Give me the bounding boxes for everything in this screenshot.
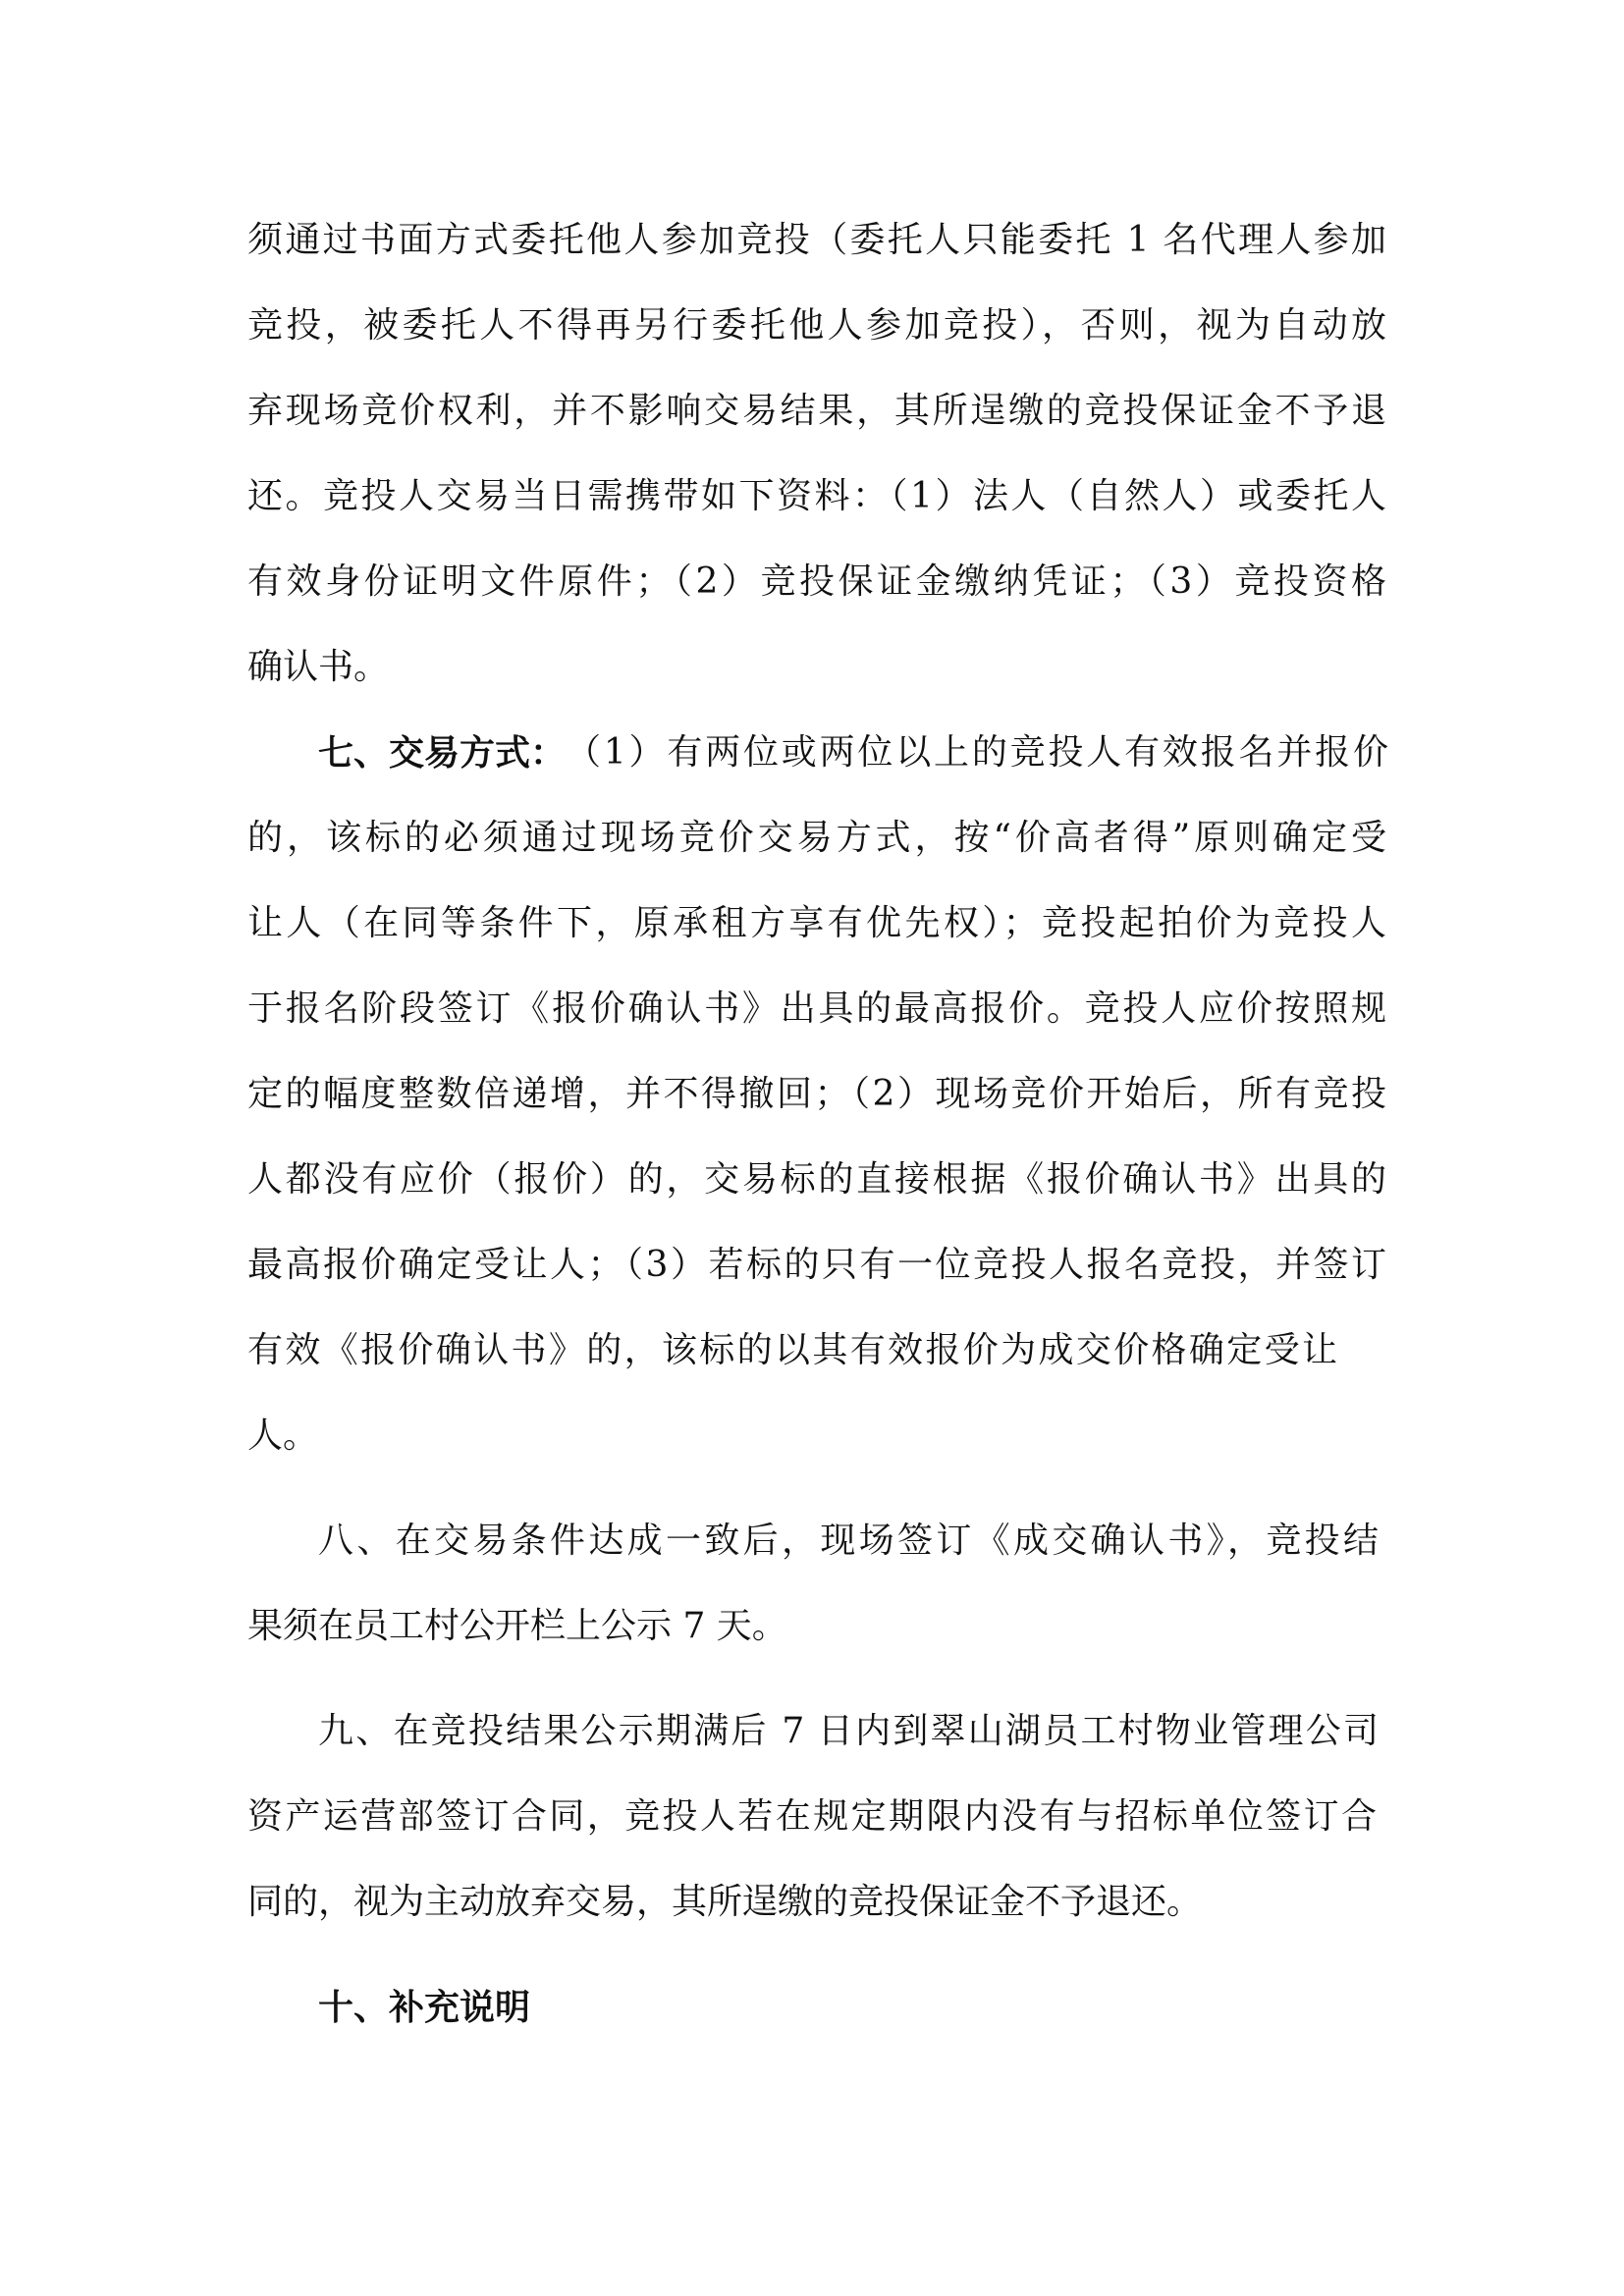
text-line: 确认书。 — [247, 638, 1386, 697]
section-heading: 十、补充说明 — [318, 1978, 1388, 2037]
text-line: 弃现场竞价权利，并不影响交易结果，其所逞缴的竞投保证金不予退 — [247, 382, 1386, 441]
text-line: 七、交易方式： （1）有两位或两位以上的竞投人有效报名并报价 — [318, 723, 1388, 782]
section-heading: 七、交易方式： — [318, 723, 566, 782]
text-line: 于报名阶段签订《报价确认书》出具的最高报价。竞投人应价按照规 — [247, 980, 1386, 1039]
text-line: 的，该标的必须通过现场竞价交易方式，按“价高者得”原则确定受 — [247, 809, 1386, 868]
section-text: （1）有两位或两位以上的竞投人有效报名并报价 — [566, 723, 1388, 782]
text-line: 定的幅度整数倍递增，并不得撤回；（2）现场竞价开始后，所有竞投 — [247, 1065, 1386, 1124]
text-line: 果须在员工村公开栏上公示 7 天。 — [247, 1597, 1386, 1656]
text-line: 有效《报价确认书》的，该标的以其有效报价为成交价格确定受让 — [247, 1321, 1337, 1380]
text-line: 还。竞投人交易当日需携带如下资料：（1）法人（自然人）或委托人 — [247, 467, 1386, 526]
text-line: 资产运营部签订合同，竞投人若在规定期限内没有与招标单位签订合 — [247, 1788, 1377, 1846]
text-line: 人都没有应价（报价）的，交易标的直接根据《报价确认书》出具的 — [247, 1150, 1386, 1209]
text-line: 人。 — [247, 1407, 1386, 1466]
text-line: 竞投，被委托人不得再另行委托他人参加竞投），否则，视为自动放 — [247, 296, 1386, 355]
text-line: 最高报价确定受让人；（3）若标的只有一位竞投人报名竞投，并签订 — [247, 1236, 1386, 1295]
text-line: 让人（在同等条件下，原承租方享有优先权）；竞投起拍价为竞投人 — [247, 894, 1386, 953]
text-line: 有效身份证明文件原件；（2）竞投保证金缴纳凭证；（3）竞投资格 — [247, 553, 1386, 612]
text-line: 须通过书面方式委托他人参加竞投（委托人只能委托 1 名代理人参加 — [247, 211, 1386, 270]
text-line: 八、在交易条件达成一致后，现场签订《成交确认书》，竞投结 — [318, 1512, 1379, 1571]
text-line: 九、在竞投结果公示期满后 7 日内到翠山湖员工村物业管理公司 — [318, 1702, 1379, 1761]
document-page: 须通过书面方式委托他人参加竞投（委托人只能委托 1 名代理人参加 竞投，被委托人… — [0, 0, 1624, 2296]
text-line: 同的，视为主动放弃交易，其所逞缴的竞投保证金不予退还。 — [247, 1873, 1386, 1932]
